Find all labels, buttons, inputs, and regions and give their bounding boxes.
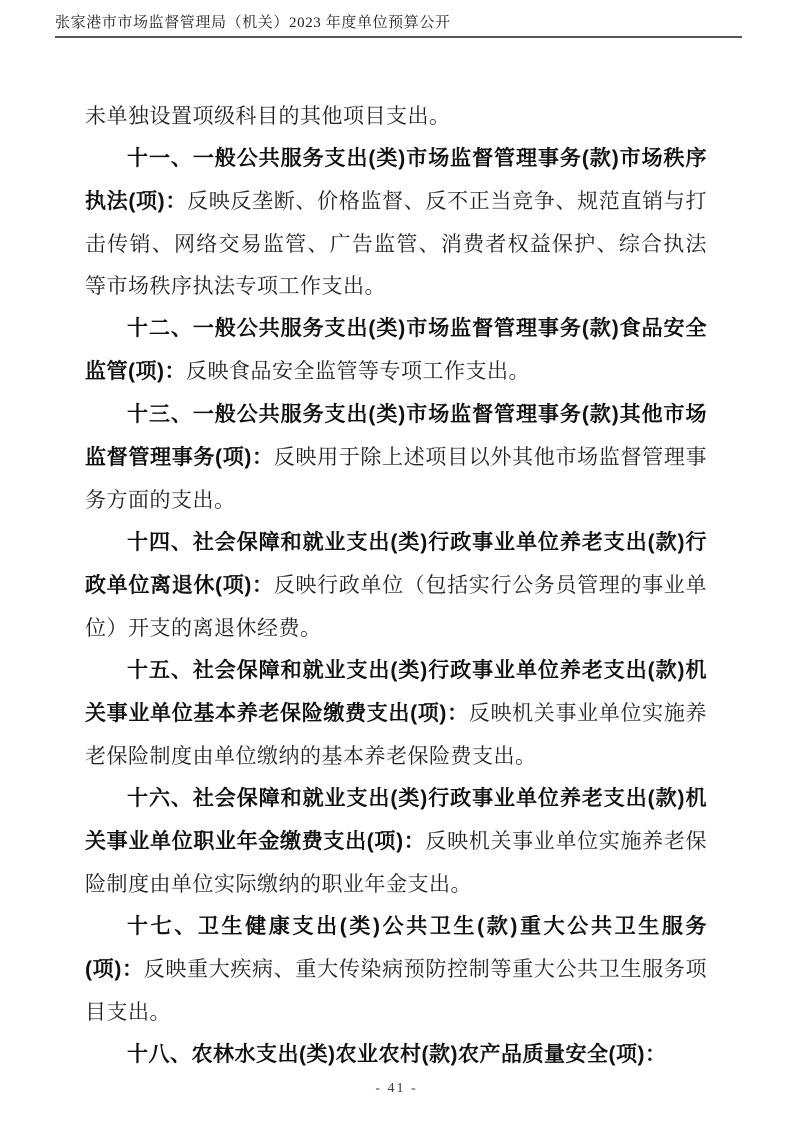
- page-number: - 41 -: [0, 1081, 793, 1097]
- paragraph: 十五、社会保障和就业支出(类)行政事业单位养老支出(款)机关事业单位基本养老保险…: [85, 649, 707, 777]
- paragraph: 十一、一般公共服务支出(类)市场监督管理事务(款)市场秩序执法(项)：反映反垄断…: [85, 137, 707, 307]
- paragraph-text: 反映食品安全监管等专项工作支出。: [186, 359, 530, 383]
- document-body: 未单独设置项级科目的其他项目支出。 十一、一般公共服务支出(类)市场监督管理事务…: [85, 95, 707, 1076]
- paragraph: 十四、社会保障和就业支出(类)行政事业单位养老支出(款)行政单位离退休(项)：反…: [85, 521, 707, 649]
- paragraph: 未单独设置项级科目的其他项目支出。: [85, 95, 707, 137]
- paragraph-text: 未单独设置项级科目的其他项目支出。: [85, 104, 451, 128]
- paragraph-text: 反映重大疾病、重大传染病预防控制等重大公共卫生服务项目支出。: [85, 957, 707, 1024]
- paragraph-lead: 十八、农林水支出(类)农业农村(款)农产品质量安全(项)：: [127, 1043, 666, 1066]
- paragraph: 十六、社会保障和就业支出(类)行政事业单位养老支出(款)机关事业单位职业年金缴费…: [85, 777, 707, 905]
- paragraph: 十七、卫生健康支出(类)公共卫生(款)重大公共卫生服务(项)：反映重大疾病、重大…: [85, 905, 707, 1033]
- paragraph: 十八、农林水支出(类)农业农村(款)农产品质量安全(项)：: [85, 1033, 707, 1076]
- paragraph: 十三、一般公共服务支出(类)市场监督管理事务(款)其他市场监督管理事务(项)：反…: [85, 393, 707, 521]
- document-header-title: 张家港市市场监督管理局（机关）2023 年度单位预算公开: [55, 15, 451, 31]
- document-page: 张家港市市场监督管理局（机关）2023 年度单位预算公开 未单独设置项级科目的其…: [0, 0, 793, 1122]
- paragraph: 十二、一般公共服务支出(类)市场监督管理事务(款)食品安全监管(项)：反映食品安…: [85, 307, 707, 393]
- document-header: 张家港市市场监督管理局（机关）2023 年度单位预算公开: [55, 11, 742, 38]
